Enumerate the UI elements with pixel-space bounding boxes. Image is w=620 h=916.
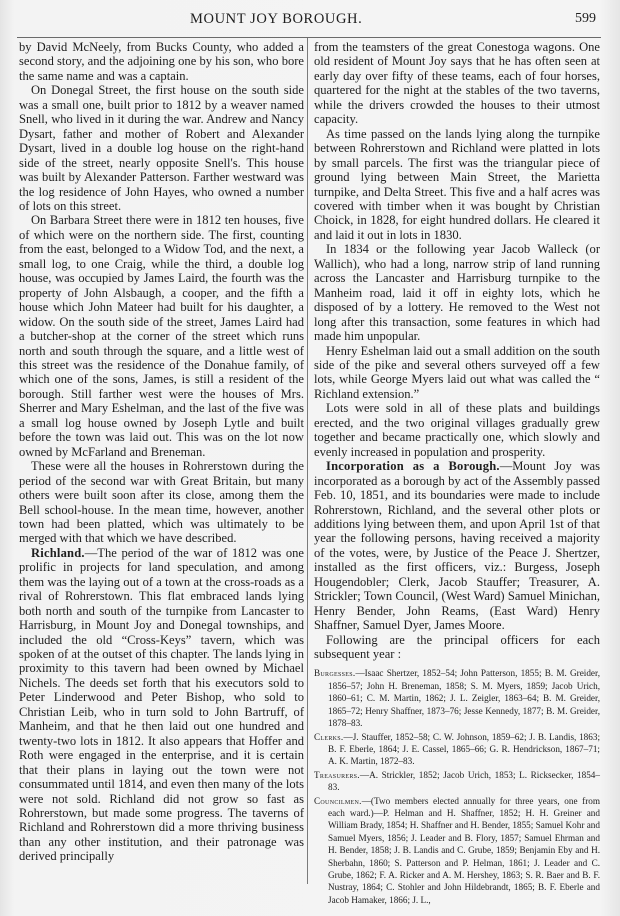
book-page: MOUNT JOY BOROUGH. 599 by David McNeely,…	[0, 0, 620, 916]
officer-text: —J. Stauffer, 1852–58; C. W. Johnson, 18…	[328, 732, 600, 767]
officers-councilmen: Councilmen.—(Two members elected annuall…	[314, 795, 600, 907]
page-header: MOUNT JOY BOROUGH. 599	[0, 8, 620, 30]
paragraph: from the teamsters of the great Conestog…	[314, 40, 600, 127]
officers-list: Burgesses.—Isaac Shertzer, 1852–54; John…	[314, 667, 600, 906]
paragraph-text: —Mount Joy was incorporated as a borough…	[314, 459, 600, 632]
richland-paragraph: Richland.—The period of the war of 1812 …	[19, 546, 304, 864]
paragraph: by David McNeely, from Bucks County, who…	[19, 40, 304, 83]
paragraph: Lots were sold in all of these plats and…	[314, 401, 600, 459]
officer-text: —Isaac Shertzer, 1852–54; John Patterson…	[328, 668, 600, 728]
officer-label: Burgesses.	[314, 668, 355, 678]
paragraph: Henry Eshelman laid out a small addition…	[314, 344, 600, 402]
officers-treasurers: Treasurers.—A. Strickler, 1852; Jacob Ur…	[314, 769, 600, 794]
officer-label: Councilmen.	[314, 796, 362, 806]
paragraph: On Barbara Street there were in 1812 ten…	[19, 213, 304, 459]
paragraph: As time passed on the lands lying along …	[314, 127, 600, 243]
right-column: from the teamsters of the great Conestog…	[314, 40, 600, 907]
header-rule	[17, 37, 601, 38]
page-number: 599	[575, 11, 596, 27]
running-head: MOUNT JOY BOROUGH.	[190, 11, 362, 28]
officers-burgesses: Burgesses.—Isaac Shertzer, 1852–54; John…	[314, 667, 600, 729]
section-heading-richland: Richland.	[31, 546, 85, 560]
officer-text: —(Two members elected annually for three…	[328, 796, 600, 905]
paragraph: These were all the houses in Rohrerstown…	[19, 459, 304, 546]
column-divider	[307, 38, 308, 884]
left-column: by David McNeely, from Bucks County, who…	[19, 40, 304, 864]
paragraph: On Donegal Street, the first house on th…	[19, 83, 304, 213]
officers-clerks: Clerks.—J. Stauffer, 1852–58; C. W. John…	[314, 731, 600, 768]
paragraph: Following are the principal officers for…	[314, 633, 600, 662]
officer-text: —A. Strickler, 1852; Jacob Urich, 1853; …	[328, 770, 600, 792]
officer-label: Treasurers.	[314, 770, 360, 780]
section-heading-incorporation: Incorporation as a Borough.	[326, 459, 500, 473]
officer-label: Clerks.	[314, 732, 344, 742]
paragraph: In 1834 or the following year Jacob Wall…	[314, 242, 600, 343]
paragraph-text: —The period of the war of 1812 was one p…	[19, 546, 304, 864]
incorporation-paragraph: Incorporation as a Borough.—Mount Joy wa…	[314, 459, 600, 632]
